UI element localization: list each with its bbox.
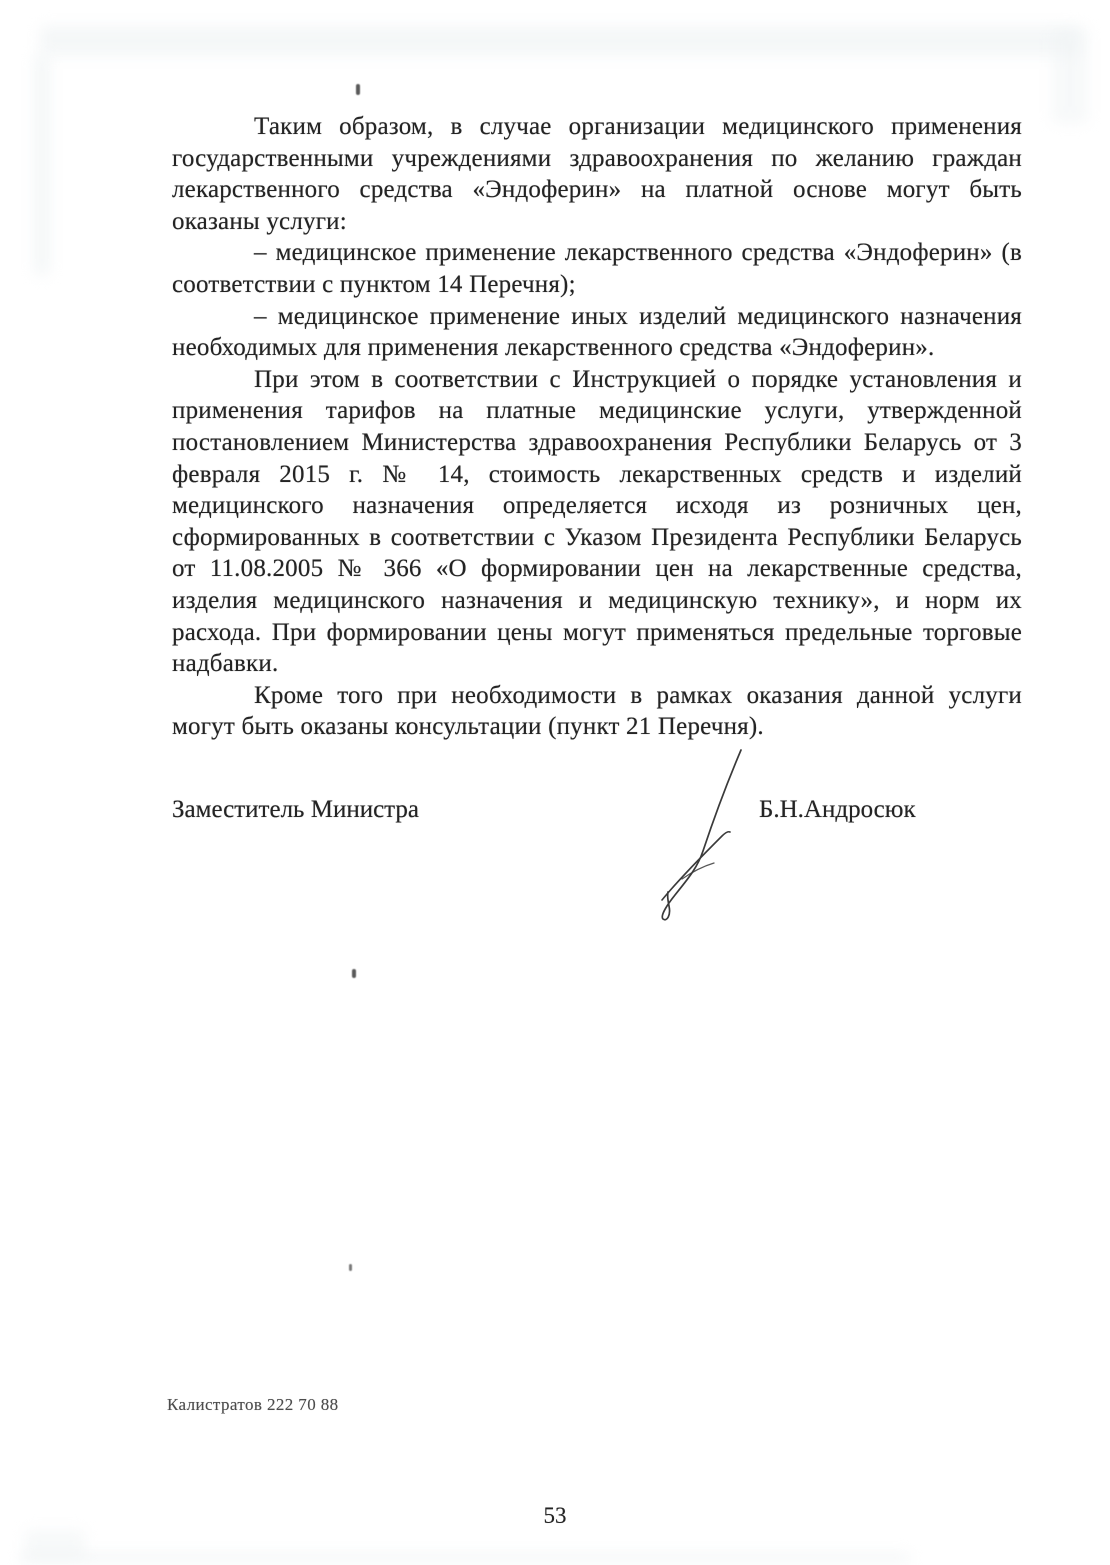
scan-speck: [352, 969, 356, 978]
scan-speck: [356, 84, 360, 95]
scan-speck: [349, 1264, 352, 1271]
scan-smudge-right: [1052, 28, 1088, 123]
scan-smudge-bottom-left: [25, 1530, 85, 1560]
paragraph-list-item-1: – медицинское применение лекарственного …: [172, 237, 1022, 300]
signatory-name: Б.Н.Андросюк: [759, 796, 916, 824]
letter-body: Таким образом, в случае организации меди…: [172, 111, 1022, 743]
executor-contact: Калистратов 222 70 88: [167, 1395, 339, 1415]
page-number: 53: [0, 1503, 1110, 1529]
scan-smudge-left: [34, 55, 50, 275]
paragraph-list-item-2: – медицинское применение иных изделий ме…: [172, 301, 1022, 364]
handwritten-signature: [642, 748, 747, 923]
paragraph-consultations: Кроме того при необходимости в рамках ок…: [172, 680, 1022, 743]
paragraph-intro: Таким образом, в случае организации меди…: [172, 111, 1022, 237]
scanned-document-page: Таким образом, в случае организации меди…: [0, 0, 1110, 1565]
scan-smudge-bottom: [20, 1554, 910, 1562]
paragraph-tariffs: При этом в соответствии с Инструкцией о …: [172, 364, 1022, 680]
signatory-title: Заместитель Министра: [172, 796, 419, 824]
scan-smudge-top: [40, 26, 1080, 56]
